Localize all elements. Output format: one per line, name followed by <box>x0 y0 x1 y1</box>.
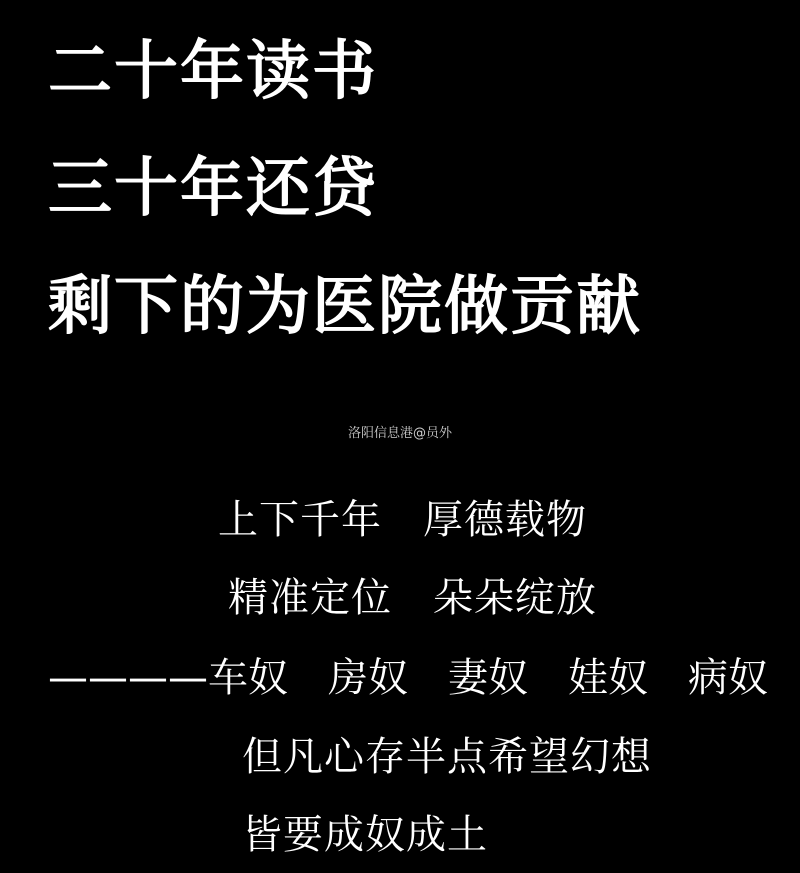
headline-1: 二十年读书 <box>48 40 378 104</box>
watermark: 洛阳信息港@员外 <box>0 427 800 440</box>
headline-3: 剩下的为医院做贡献 <box>48 275 642 339</box>
headline-2: 三十年还贷 <box>48 157 378 221</box>
poem-line-5: 皆要成奴成土 <box>242 815 488 855</box>
poem-line-2: 精准定位 朵朵绽放 <box>228 578 597 618</box>
poem-line-1: 上下千年 厚德载物 <box>218 500 587 540</box>
poem-line-4: 但凡心存半点希望幻想 <box>242 737 652 777</box>
poem-line-3: ————车奴 房奴 妻奴 娃奴 病奴 <box>48 658 768 698</box>
